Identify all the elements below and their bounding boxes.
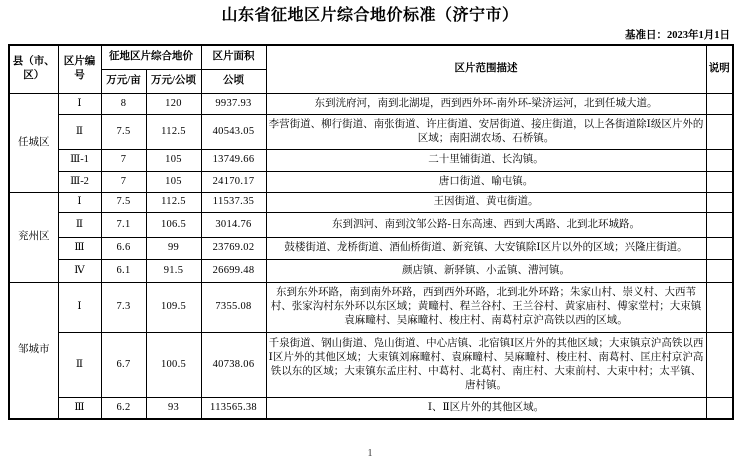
cell-price-ha: 100.5 xyxy=(146,332,201,397)
cell-area: 40543.05 xyxy=(201,114,266,149)
cell-area: 9937.93 xyxy=(201,93,266,114)
cell-note xyxy=(706,212,733,237)
cell-zone-code: Ⅰ xyxy=(58,192,101,212)
cell-price-ha: 112.5 xyxy=(146,192,201,212)
cell-price-ha: 91.5 xyxy=(146,259,201,282)
cell-area: 11537.35 xyxy=(201,192,266,212)
cell-price-ha: 106.5 xyxy=(146,212,201,237)
page-title: 山东省征地区片综合地价标准（济宁市） xyxy=(0,0,740,26)
land-price-table: 县（市、区） 区片编号 征地区片综合地价 区片面积 区片范围描述 说明 万元/亩… xyxy=(8,44,734,420)
table-row: Ⅱ 7.1 106.5 3014.76 东到泗河、南到汶邹公路-日东高速、西到大… xyxy=(9,212,733,237)
cell-description: 二十里铺街道、长沟镇。 xyxy=(266,149,706,171)
cell-area: 24170.17 xyxy=(201,171,266,192)
cell-district-name: 任城区 xyxy=(9,93,58,192)
cell-price-ha: 99 xyxy=(146,237,201,259)
cell-area: 3014.76 xyxy=(201,212,266,237)
cell-price-ha: 105 xyxy=(146,149,201,171)
table-row: 任城区 Ⅰ 8 120 9937.93 东到洸府河，南到北湖堤，西到西外环-南外… xyxy=(9,93,733,114)
cell-note xyxy=(706,259,733,282)
cell-description: 东到东外环路，南到南外环路，西到西外环路，北到北外环路；朱家山村、崇义村、大西苇… xyxy=(266,282,706,332)
table-row: Ⅳ 6.1 91.5 26699.48 颜店镇、新驿镇、小孟镇、漕河镇。 xyxy=(9,259,733,282)
cell-zone-code: Ⅱ xyxy=(58,332,101,397)
cell-description: 东到洸府河，南到北湖堤，西到西外环-南外环-梁济运河，北到任城大道。 xyxy=(266,93,706,114)
cell-zone-code: Ⅲ xyxy=(58,397,101,419)
cell-note xyxy=(706,114,733,149)
cell-price-mu: 6.1 xyxy=(101,259,146,282)
cell-description: 鼓楼街道、龙桥街道、酒仙桥街道、新兖镇、大安镇除Ⅰ区片以外的区域；兴隆庄街道。 xyxy=(266,237,706,259)
header-price-group: 征地区片综合地价 xyxy=(101,45,201,69)
document-page: 山东省征地区片综合地价标准（济宁市） 基准日：2023年1月1日 县（市、区） … xyxy=(0,0,740,467)
cell-description: 颜店镇、新驿镇、小孟镇、漕河镇。 xyxy=(266,259,706,282)
cell-district-name: 兖州区 xyxy=(9,192,58,282)
cell-description: 千泉街道、钢山街道、凫山街道、中心店镇、北宿镇Ⅰ区片外的其他区域；大束镇京沪高铁… xyxy=(266,332,706,397)
table-row: Ⅱ 6.7 100.5 40738.06 千泉街道、钢山街道、凫山街道、中心店镇… xyxy=(9,332,733,397)
table-row: Ⅲ 6.2 93 113565.38 Ⅰ、Ⅱ区片外的其他区域。 xyxy=(9,397,733,419)
cell-area: 113565.38 xyxy=(201,397,266,419)
cell-zone-code: Ⅲ xyxy=(58,237,101,259)
base-date-label: 基准日：2023年1月1日 xyxy=(0,29,730,42)
cell-note xyxy=(706,397,733,419)
header-area-group: 区片面积 xyxy=(201,45,266,69)
cell-zone-code: Ⅰ xyxy=(58,93,101,114)
cell-area: 13749.66 xyxy=(201,149,266,171)
cell-zone-code: Ⅳ xyxy=(58,259,101,282)
header-zone-no: 区片编号 xyxy=(58,45,101,93)
header-price-mu-unit: 万元/亩 xyxy=(101,69,146,93)
cell-price-mu: 7.5 xyxy=(101,114,146,149)
cell-zone-code: Ⅱ xyxy=(58,212,101,237)
cell-price-mu: 6.7 xyxy=(101,332,146,397)
cell-note xyxy=(706,282,733,332)
cell-description: 李营街道、柳行街道、南张街道、许庄街道、安居街道、接庄街道，以上各街道除Ⅰ级区片… xyxy=(266,114,706,149)
header-county: 县（市、区） xyxy=(9,45,58,93)
cell-zone-code: Ⅱ xyxy=(58,114,101,149)
cell-note xyxy=(706,192,733,212)
table-row: Ⅲ-2 7 105 24170.17 唐口街道、喻屯镇。 xyxy=(9,171,733,192)
cell-zone-code: Ⅰ xyxy=(58,282,101,332)
cell-price-ha: 109.5 xyxy=(146,282,201,332)
cell-price-mu: 7 xyxy=(101,171,146,192)
cell-price-ha: 105 xyxy=(146,171,201,192)
cell-price-mu: 7.3 xyxy=(101,282,146,332)
table-row: Ⅱ 7.5 112.5 40543.05 李营街道、柳行街道、南张街道、许庄街道… xyxy=(9,114,733,149)
page-number: 1 xyxy=(0,448,740,459)
cell-price-mu: 8 xyxy=(101,93,146,114)
header-price-ha-unit: 万元/公顷 xyxy=(146,69,201,93)
cell-zone-code: Ⅲ-1 xyxy=(58,149,101,171)
cell-zone-code: Ⅲ-2 xyxy=(58,171,101,192)
cell-price-ha: 112.5 xyxy=(146,114,201,149)
cell-description: Ⅰ、Ⅱ区片外的其他区域。 xyxy=(266,397,706,419)
cell-area: 26699.48 xyxy=(201,259,266,282)
header-description: 区片范围描述 xyxy=(266,45,706,93)
cell-description: 王因街道、黄屯街道。 xyxy=(266,192,706,212)
cell-area: 40738.06 xyxy=(201,332,266,397)
cell-price-mu: 6.6 xyxy=(101,237,146,259)
table-row: Ⅲ 6.6 99 23769.02 鼓楼街道、龙桥街道、酒仙桥街道、新兖镇、大安… xyxy=(9,237,733,259)
table-row: 兖州区 Ⅰ 7.5 112.5 11537.35 王因街道、黄屯街道。 xyxy=(9,192,733,212)
cell-description: 唐口街道、喻屯镇。 xyxy=(266,171,706,192)
cell-price-mu: 6.2 xyxy=(101,397,146,419)
header-area-unit: 公顷 xyxy=(201,69,266,93)
cell-description: 东到泗河、南到汶邹公路-日东高速、西到大禹路、北到北环城路。 xyxy=(266,212,706,237)
cell-price-mu: 7 xyxy=(101,149,146,171)
cell-price-ha: 93 xyxy=(146,397,201,419)
table-row: Ⅲ-1 7 105 13749.66 二十里铺街道、长沟镇。 xyxy=(9,149,733,171)
cell-area: 7355.08 xyxy=(201,282,266,332)
cell-note xyxy=(706,237,733,259)
cell-area: 23769.02 xyxy=(201,237,266,259)
cell-price-mu: 7.1 xyxy=(101,212,146,237)
cell-district-name: 邹城市 xyxy=(9,282,58,419)
header-note: 说明 xyxy=(706,45,733,93)
cell-note xyxy=(706,171,733,192)
cell-note xyxy=(706,149,733,171)
cell-note xyxy=(706,332,733,397)
cell-note xyxy=(706,93,733,114)
cell-price-ha: 120 xyxy=(146,93,201,114)
cell-price-mu: 7.5 xyxy=(101,192,146,212)
table-row: 邹城市 Ⅰ 7.3 109.5 7355.08 东到东外环路，南到南外环路，西到… xyxy=(9,282,733,332)
